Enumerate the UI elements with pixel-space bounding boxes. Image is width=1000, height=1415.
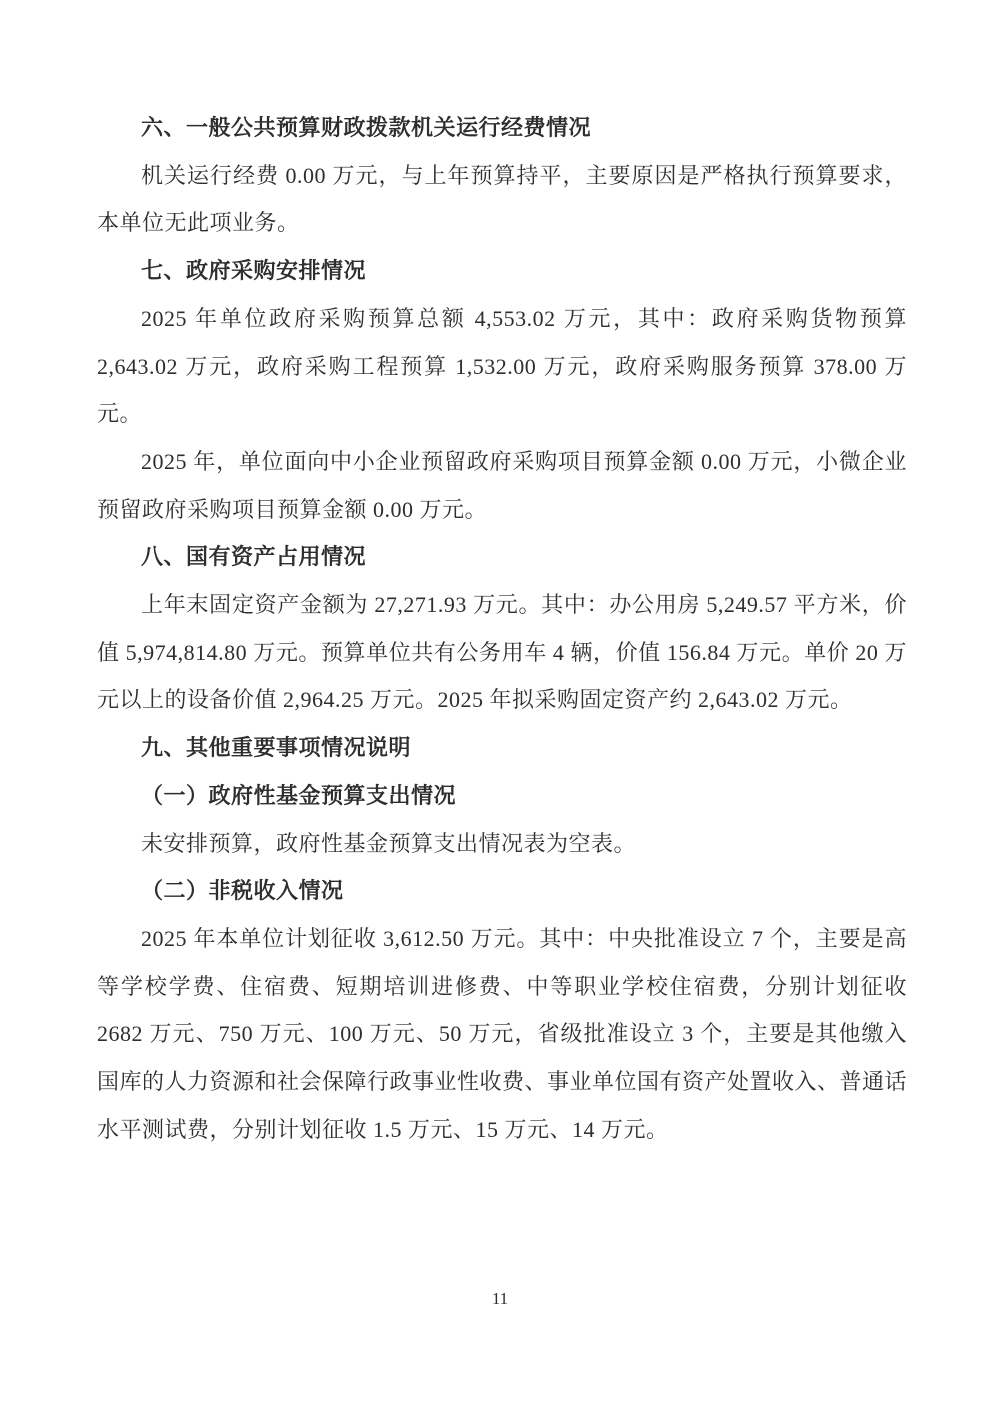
paragraph-fund-budget: 未安排预算，政府性基金预算支出情况表为空表。 [97, 820, 907, 868]
section-heading-8: 八、国有资产占用情况 [97, 533, 907, 581]
subsection-heading-nontax: （二）非税收入情况 [97, 867, 907, 915]
paragraph-operating-expense: 机关运行经费 0.00 万元，与上年预算持平，主要原因是严格执行预算要求，本单位… [97, 152, 907, 247]
section-heading-6: 六、一般公共预算财政拨款机关运行经费情况 [97, 104, 907, 152]
document-content: 六、一般公共预算财政拨款机关运行经费情况 机关运行经费 0.00 万元，与上年预… [97, 104, 907, 1153]
paragraph-state-assets: 上年末固定资产金额为 27,271.93 万元。其中：办公用房 5,249.57… [97, 581, 907, 724]
page-number: 11 [0, 1288, 1000, 1310]
paragraph-procurement-sme: 2025 年，单位面向中小企业预留政府采购项目预算金额 0.00 万元，小微企业… [97, 438, 907, 533]
document-page: 六、一般公共预算财政拨款机关运行经费情况 机关运行经费 0.00 万元，与上年预… [0, 0, 1000, 1415]
section-heading-7: 七、政府采购安排情况 [97, 247, 907, 295]
section-heading-9: 九、其他重要事项情况说明 [97, 724, 907, 772]
subsection-heading-fund: （一）政府性基金预算支出情况 [97, 772, 907, 820]
paragraph-nontax-revenue: 2025 年本单位计划征收 3,612.50 万元。其中：中央批准设立 7 个，… [97, 915, 907, 1154]
paragraph-procurement-total: 2025 年单位政府采购预算总额 4,553.02 万元，其中：政府采购货物预算… [97, 295, 907, 438]
